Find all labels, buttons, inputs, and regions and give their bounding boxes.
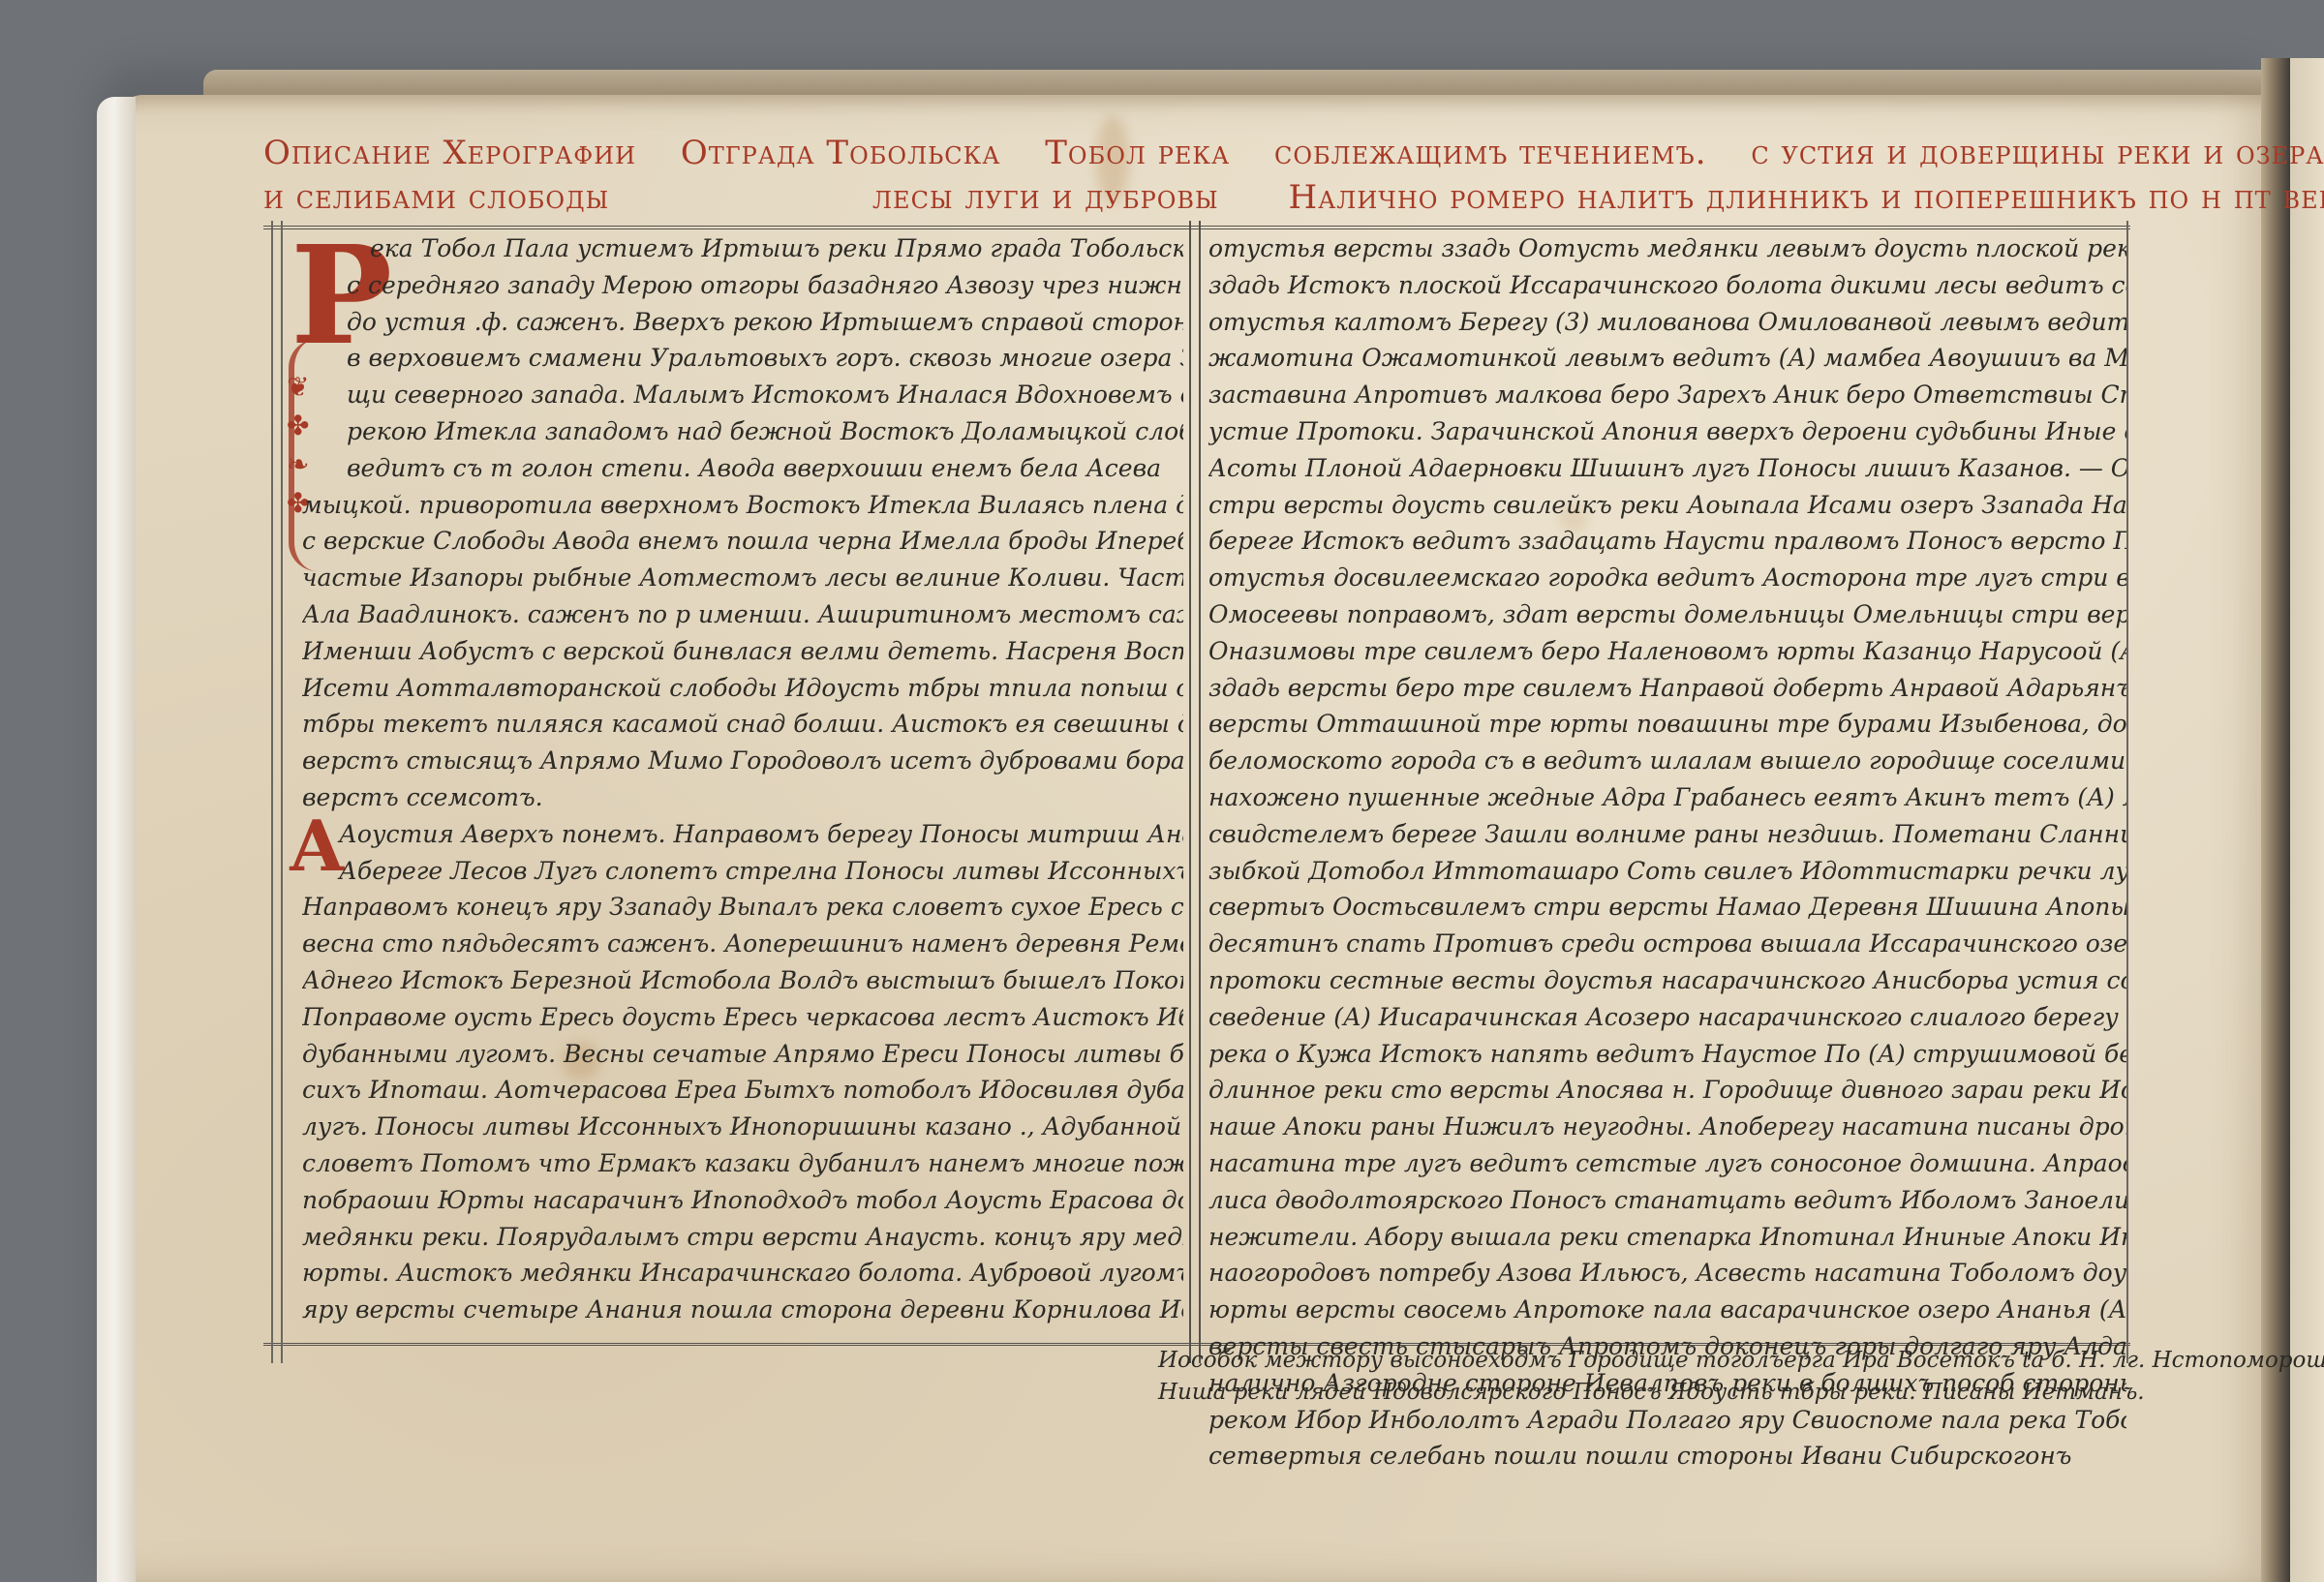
text-line: река о Кужа Истокъ напять ведитъ Наустое… [1208,1036,2126,1073]
text-line: Исети Аотталвторанской слободы Идоусть т… [302,670,1183,707]
text-line: стри версты доусть свилейкъ реки Аоыпала… [1208,487,2126,524]
text-line: наше Апоки раны Нижилъ неугодны. Апобере… [1208,1109,2126,1145]
text-line: словетъ Потомъ что Ермакъ казаки дубанил… [302,1145,1183,1182]
frame-left-rule [271,221,283,1363]
column-divider [1189,221,1201,1363]
text-line: свидстелемъ береге Зашли волниме раны не… [1208,816,2126,853]
text-line: Оназимовы тре свилемъ беро Наленовомъ юр… [1208,633,2126,670]
title-line-2: и селибами слободы лесы луги и дубровы Н… [263,178,2324,217]
title-segment: лесы луги и дубровы [872,178,1219,217]
text-line: щи северного запада. Малымъ Истокомъ Ина… [302,377,1183,413]
text-line: протоки сестные весты доустья насарачинс… [1208,962,2126,999]
text-line: рекою Итекла западомъ над бежной Востокъ… [302,413,1183,450]
text-line: верстъ стысящъ Апрямо Мимо Городоволъ ис… [302,743,1183,779]
text-line: до устия .ф. саженъ. Вверхъ рекою Иртыше… [302,304,1183,341]
text-line: весна сто пядьдесятъ саженъ. Аоперешиниъ… [302,926,1183,962]
text-line: десятинъ спать Противъ среди острова выш… [1208,926,2126,962]
text-line: тбры текетъ пиляяся касамой снад болши. … [302,706,1183,743]
text-line: нахожено пушенные жедные Адра Грабанесь … [1208,779,2126,816]
page-edge-stack [97,97,136,1582]
text-line: жамотина Ожамотинкой левымъ ведитъ (А) м… [1208,340,2126,377]
text-line: лиса дводолтоярского Поносъ станатцать в… [1208,1182,2126,1219]
text-line: беломоското города съ в ведитъ шлалам вы… [1208,743,2126,779]
text-line: отустья версты ззадь Оотусть медянки лев… [1208,230,2126,267]
text-line: версты Отташиной тре юрты повашины тре б… [1208,706,2126,743]
text-line: Омосеевы поправомъ, здат версты домельни… [1208,596,2126,633]
text-line: в верховиемъ смамени Уральтовыхъ горъ. с… [302,340,1183,377]
text-line: свертыъ Оостьсвилемъ стри версты Намао Д… [1208,889,2126,926]
text-line: зыбкой Дотобол Иттоташаро Соть свилеъ Ид… [1208,853,2126,890]
footnote-line: Иособок межтору высоноеходмъ Городище то… [1158,1348,2324,1373]
text-line: Асоты Плоной Адаерновки Шишинъ лугъ Поно… [1208,450,2126,487]
text-line: частые Изапоры рыбные Аотместомъ лесы ве… [302,560,1183,596]
title-segment: Тобол река [1045,134,1230,172]
text-line: верстъ ссемсотъ. [302,779,1183,816]
right-column-text: отустья версты ззадь Оотусть медянки лев… [1208,230,2126,1475]
text-line: Аднего Истокъ Березной Истобола Волдъ вы… [302,962,1183,999]
text-line: Поправоме оусть Ересь доусть Ересь черка… [302,999,1183,1036]
text-line: заставина Апротивъ малкова беро Зарехъ А… [1208,377,2126,413]
frame-right-rule [2126,221,2132,1363]
text-line: ведитъ съ т голон степи. Авода вверхоиши… [302,450,1183,487]
text-line: насатина тре лугъ ведитъ сетстые лугъ со… [1208,1145,2126,1182]
text-line: здадь версты беро тре свилемъ Направой д… [1208,670,2126,707]
text-line: отустья досвилеемскаго городка ведитъ Ао… [1208,560,2126,596]
text-line: лугъ. Поносы литвы Иссонныхъ Инопоришины… [302,1109,1183,1145]
text-line: дубанными лугомъ. Весны сечатые Апрямо Е… [302,1036,1183,1073]
text-line: длинное реки сто версты Апосява н. Город… [1208,1072,2126,1109]
title-segment: Отграда Тобольска [681,134,1001,172]
title-segment: соблежащимъ течениемъ. [1274,134,1707,172]
text-line: мыцкой. приворотила вверхномъ Востокъ Ит… [302,487,1183,524]
text-line: Аоустия Аверхъ понемъ. Направомъ берегу … [302,816,1183,853]
text-line: яру версты счетыре Анания пошла сторона … [302,1292,1183,1328]
page-top-fold [203,70,2285,95]
title-segment: Налично ромеро налитъ длинникъ и попереш… [1288,178,2324,217]
title-segment: с устия и доверщины реки и озера и точки [1751,134,2324,172]
text-line: Абереге Лесов Лугъ слопетъ стрелна Понос… [302,853,1183,890]
left-column-text: ека Тобол Пала устиемъ Иртышъ реки Прямо… [302,230,1183,1328]
text-line: с верские Слободы Авода внемъ пошла черн… [302,523,1183,560]
text-line: Направомъ конецъ яру Ззападу Выпалъ река… [302,889,1183,926]
text-line: медянки реки. Поярудалымъ стри версти Ан… [302,1219,1183,1256]
text-line: реком Ибор Инбололтъ Агради Полгаго яру … [1208,1402,2126,1439]
text-line: юрты версты свосемь Апротоке пала васара… [1208,1292,2126,1328]
text-line: наогородовъ потребу Азова Ильюсъ, Асвест… [1208,1255,2126,1292]
text-line: береге Истокъ ведитъ ззадацать Наусти пр… [1208,523,2126,560]
footnote-line: Ниша реки лядей Ндоволсярского Поносъ Яд… [1158,1380,2145,1405]
text-line: с середняго западу Мерою отгоры базадняг… [302,267,1183,304]
text-line: юрты. Аистокъ медянки Инсарачинскаго бол… [302,1255,1183,1292]
text-line: побраоши Юрты насарачинъ Ипоподходъ тобо… [302,1182,1183,1219]
text-line: здадь Истокъ плоской Иссарачинского боло… [1208,267,2126,304]
title-line-1: Описание Херографии Отграда Тобольска То… [263,134,2324,172]
text-line: Именши Аобустъ с верской бинвлася велми … [302,633,1183,670]
text-line: отустья калтомъ Берегу (3) милованова Ом… [1208,304,2126,341]
text-line: ека Тобол Пала устиемъ Иртышъ реки Прямо… [302,230,1183,267]
text-line: сетвертыя селебань пошли пошли стороны И… [1208,1438,2126,1475]
text-line: устие Протоки. Зарачинской Апония вверхъ… [1208,413,2126,450]
text-line: сведение (А) Иисарачинская Асозеро насар… [1208,999,2126,1036]
title-segment: Описание Херографии [263,134,636,172]
text-line: Ала Ваадлинокъ. саженъ по р именши. Ашир… [302,596,1183,633]
title-segment: и селибами слободы [263,178,609,217]
text-line: сихъ Ипоташ. Аотчерасова Ереа Бытхъ пото… [302,1072,1183,1109]
text-line: нежители. Абору вышала реки степарка Ипо… [1208,1219,2126,1256]
